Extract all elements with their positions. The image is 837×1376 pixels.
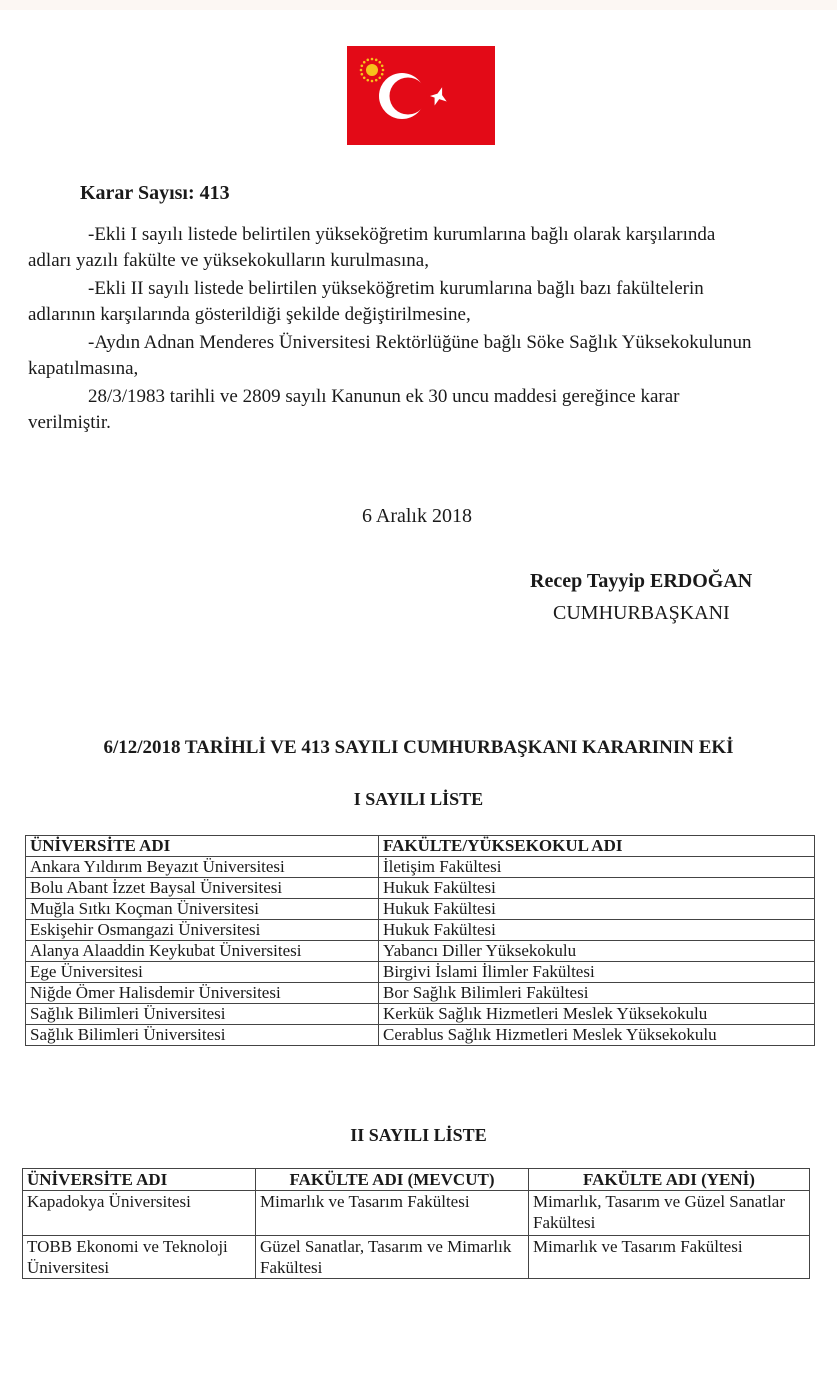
decree-paragraph-2: -Ekli II sayılı listede belirtilen yükse… [28,276,812,328]
university-cell: Muğla Sıtkı Koçman Üniversitesi [26,899,379,920]
paragraph-text: kapatılmasına, [28,358,138,379]
table-row: Niğde Ömer Halisdemir ÜniversitesiBor Sa… [26,983,815,1004]
decree-date: 6 Aralık 2018 [362,505,472,528]
current-faculty-cell: Mimarlık ve Tasarım Fakültesi [256,1191,529,1236]
paragraph-text: adlarının karşılarında gösterildiği şeki… [28,304,471,325]
paragraph-text: 28/3/1983 tarihli ve 2809 sayılı Kanunun… [88,386,679,407]
university-cell: Eskişehir Osmangazi Üniversitesi [26,920,379,941]
column-header-faculty: FAKÜLTE/YÜKSEKOKUL ADI [379,836,815,857]
paragraph-text: -Ekli I sayılı listede belirtilen yüksek… [88,224,715,245]
faculty-cell: İletişim Fakültesi [379,857,815,878]
decree-paragraph-1: -Ekli I sayılı listede belirtilen yüksek… [28,222,812,274]
column-header-university: ÜNİVERSİTE ADI [26,836,379,857]
table-row: Kapadokya ÜniversitesiMimarlık ve Tasarı… [23,1191,810,1236]
paragraph-text: adları yazılı fakülte ve yüksekokulların… [28,250,429,271]
list-2-table: ÜNİVERSİTE ADI FAKÜLTE ADI (MEVCUT) FAKÜ… [22,1168,810,1279]
paragraph-text: -Aydın Adnan Menderes Üniversitesi Rektö… [88,332,752,353]
column-header-current-faculty: FAKÜLTE ADI (MEVCUT) [256,1169,529,1191]
table-row: Eskişehir Osmangazi ÜniversitesiHukuk Fa… [26,920,815,941]
list-1-table: ÜNİVERSİTE ADI FAKÜLTE/YÜKSEKOKUL ADI An… [25,835,815,1046]
table-row: Ege ÜniversitesiBirgivi İslami İlimler F… [26,962,815,983]
current-faculty-cell: Güzel Sanatlar, Tasarım ve Mimarlık Fakü… [256,1236,529,1279]
faculty-cell: Bor Sağlık Bilimleri Fakültesi [379,983,815,1004]
table-row: Ankara Yıldırım Beyazıt Üniversitesiİlet… [26,857,815,878]
new-faculty-cell: Mimarlık, Tasarım ve Güzel Sanatlar Fakü… [529,1191,810,1236]
signer-title: CUMHURBAŞKANI [553,602,730,625]
list-1-title: I SAYILI LİSTE [0,789,837,810]
turkish-presidential-flag-icon [347,46,495,145]
faculty-cell: Hukuk Fakültesi [379,878,815,899]
faculty-cell: Kerkük Sağlık Hizmetleri Meslek Yüksekok… [379,1004,815,1025]
university-cell: Niğde Ömer Halisdemir Üniversitesi [26,983,379,1004]
university-cell: Sağlık Bilimleri Üniversitesi [26,1004,379,1025]
column-header-university: ÜNİVERSİTE ADI [23,1169,256,1191]
table-row: Sağlık Bilimleri ÜniversitesiCerablus Sa… [26,1025,815,1046]
decree-paragraph-4: 28/3/1983 tarihli ve 2809 sayılı Kanunun… [28,384,812,436]
faculty-cell: Hukuk Fakültesi [379,920,815,941]
column-header-new-faculty: FAKÜLTE ADI (YENİ) [529,1169,810,1191]
signer-name: Recep Tayyip ERDOĞAN [530,570,752,593]
table-header-row: ÜNİVERSİTE ADI FAKÜLTE ADI (MEVCUT) FAKÜ… [23,1169,810,1191]
paragraph-text: -Ekli II sayılı listede belirtilen yükse… [88,278,704,299]
list-2-title: II SAYILI LİSTE [0,1125,837,1146]
table-row: TOBB Ekonomi ve Teknoloji ÜniversitesiGü… [23,1236,810,1279]
university-cell: Ankara Yıldırım Beyazıt Üniversitesi [26,857,379,878]
table-row: Bolu Abant İzzet Baysal ÜniversitesiHuku… [26,878,815,899]
faculty-cell: Hukuk Fakültesi [379,899,815,920]
university-cell: Kapadokya Üniversitesi [23,1191,256,1236]
annex-title: 6/12/2018 TARİHLİ VE 413 SAYILI CUMHURBA… [0,737,837,759]
table-row: Muğla Sıtkı Koçman ÜniversitesiHukuk Fak… [26,899,815,920]
decree-number: Karar Sayısı: 413 [80,182,230,205]
new-faculty-cell: Mimarlık ve Tasarım Fakültesi [529,1236,810,1279]
decree-paragraph-3: -Aydın Adnan Menderes Üniversitesi Rektö… [28,330,812,382]
table-row: Alanya Alaaddin Keykubat ÜniversitesiYab… [26,941,815,962]
table-row: Sağlık Bilimleri ÜniversitesiKerkük Sağl… [26,1004,815,1025]
faculty-cell: Birgivi İslami İlimler Fakültesi [379,962,815,983]
university-cell: Alanya Alaaddin Keykubat Üniversitesi [26,941,379,962]
university-cell: TOBB Ekonomi ve Teknoloji Üniversitesi [23,1236,256,1279]
faculty-cell: Yabancı Diller Yüksekokulu [379,941,815,962]
table-header-row: ÜNİVERSİTE ADI FAKÜLTE/YÜKSEKOKUL ADI [26,836,815,857]
university-cell: Bolu Abant İzzet Baysal Üniversitesi [26,878,379,899]
university-cell: Sağlık Bilimleri Üniversitesi [26,1025,379,1046]
top-status-strip [0,0,837,10]
university-cell: Ege Üniversitesi [26,962,379,983]
paragraph-text: verilmiştir. [28,412,111,433]
faculty-cell: Cerablus Sağlık Hizmetleri Meslek Yüksek… [379,1025,815,1046]
